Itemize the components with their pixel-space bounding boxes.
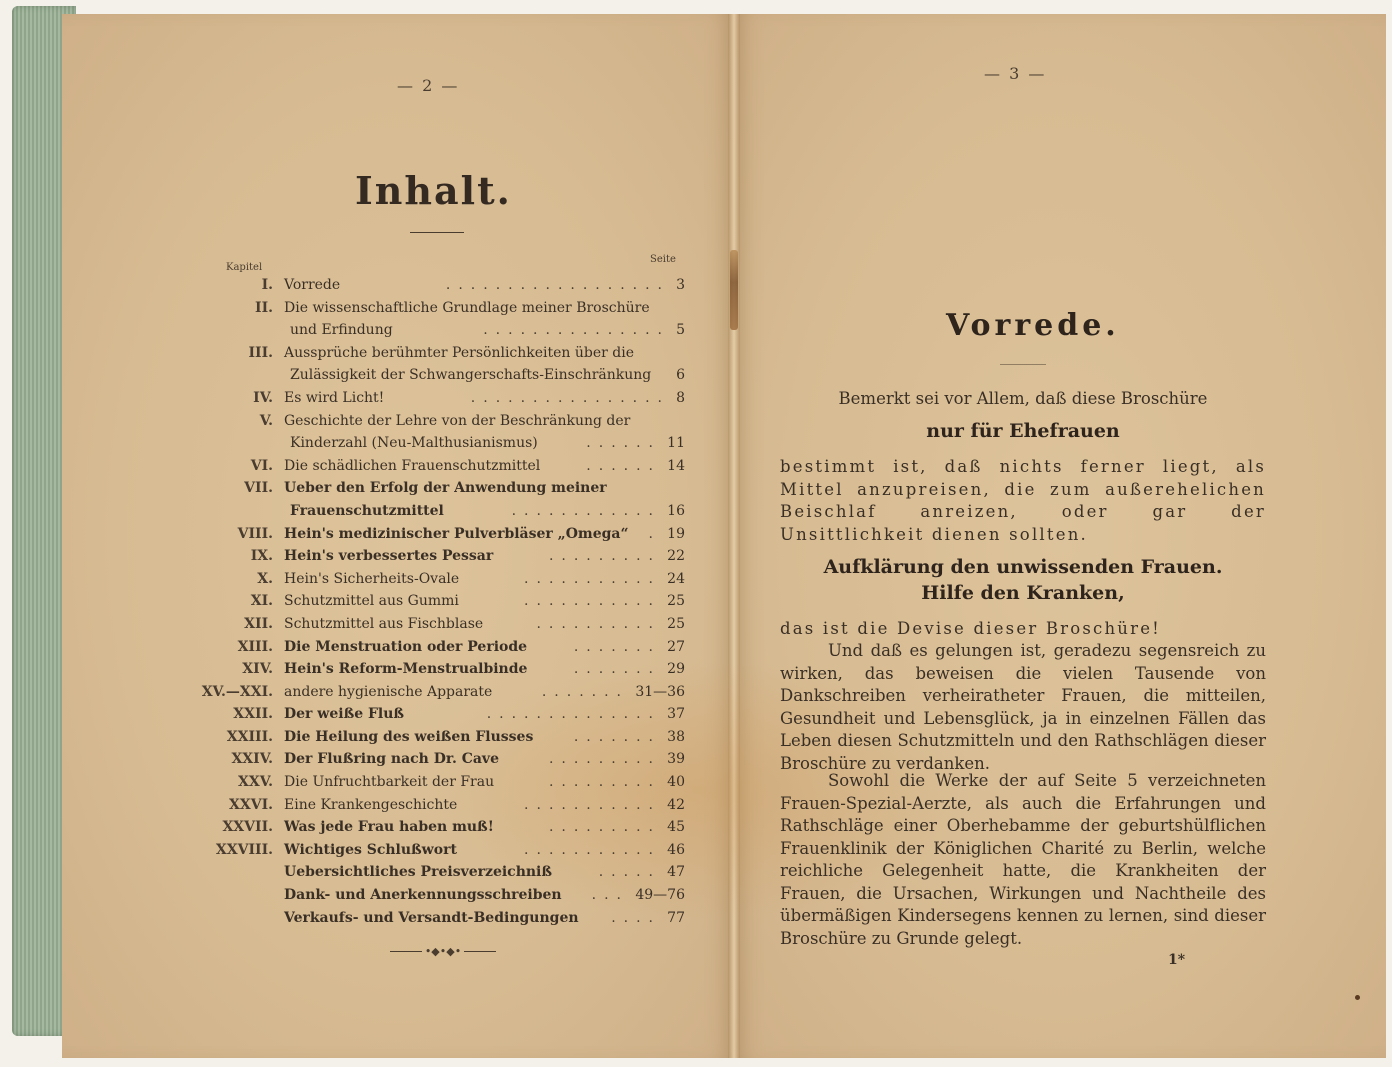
chapter-title: Die schädlichen Frauenschutzmittel <box>284 455 540 477</box>
leader-dots: . <box>649 523 661 545</box>
page-reference: 11 <box>667 432 685 454</box>
toc-row: III.Aussprüche berühmter Persönlichkeite… <box>210 342 685 365</box>
toc-row: Zulässigkeit der Schwangerschafts-Einsch… <box>210 364 685 387</box>
chapter-number: XIII. <box>238 636 273 658</box>
page-reference: 6 <box>676 364 685 386</box>
book-gutter <box>728 14 740 1058</box>
toc-column-page: Seite <box>650 254 676 265</box>
chapter-number: V. <box>260 410 273 432</box>
page-reference: 3 <box>676 274 685 296</box>
title-divider <box>410 232 464 233</box>
chapter-title: Verkaufs- und Versandt-Bedingungen <box>284 907 579 929</box>
page-number-right: — 3 — <box>984 64 1046 83</box>
toc-row: XXII.Der weiße Fluß..............37 <box>210 703 685 726</box>
chapter-title: Der Flußring nach Dr. Cave <box>284 748 499 770</box>
leader-dots: ....... <box>574 658 661 680</box>
page-reference: 45 <box>667 816 685 838</box>
leader-dots: ............ <box>512 500 661 522</box>
chapter-number: XXVI. <box>229 794 273 816</box>
leader-dots: ...... <box>586 455 661 477</box>
chapter-title: Geschichte der Lehre von der Beschränkun… <box>284 410 630 432</box>
chapter-title: Es wird Licht! <box>284 387 384 409</box>
page-reference: 19 <box>667 523 685 545</box>
toc-row: XV.—XXI.andere hygienische Apparate.....… <box>210 681 685 704</box>
chapter-number: XXVIII. <box>216 839 273 861</box>
chapter-title: Hein's medizinischer Pulverbläser „Omega… <box>284 523 629 545</box>
signature-mark: 1* <box>1168 952 1185 968</box>
toc-row: IX.Hein's verbessertes Pessar.........22 <box>210 545 685 568</box>
paragraph-4: Sowohl die Werke der auf Seite 5 verzeic… <box>780 770 1266 950</box>
toc-row: XXVI.Eine Krankengeschichte...........42 <box>210 794 685 817</box>
toc-row: XIV.Hein's Reform-Menstrualbinde.......2… <box>210 658 685 681</box>
chapter-title: Hein's verbessertes Pessar <box>284 545 493 567</box>
toc-row: XII.Schutzmittel aus Fischblase.........… <box>210 613 685 636</box>
chapter-number: XIV. <box>242 658 273 680</box>
page-reference: 22 <box>667 545 685 567</box>
toc-row: VI.Die schädlichen Frauenschutzmittel...… <box>210 455 685 478</box>
chapter-number: XII. <box>244 613 273 635</box>
page-reference: 39 <box>667 748 685 770</box>
motto-line-2: Hilfe den Kranken, <box>780 582 1266 605</box>
toc-row: Dank- und Anerkennungsschreiben...49—76 <box>210 884 685 907</box>
page-reference: 77 <box>667 907 685 929</box>
chapter-number: XI. <box>251 590 273 612</box>
chapter-title: Vorrede <box>284 274 340 296</box>
emphasis-heading: nur für Ehefrauen <box>780 420 1266 443</box>
chapter-title: und Erfindung <box>290 319 393 341</box>
toc-row: Kinderzahl (Neu-Malthusianismus)......11 <box>210 432 685 455</box>
toc-row: XI.Schutzmittel aus Gummi...........25 <box>210 590 685 613</box>
page-reference: 25 <box>667 613 685 635</box>
title-divider <box>1000 364 1046 365</box>
toc-row: XXVII.Was jede Frau haben muß!.........4… <box>210 816 685 839</box>
toc-row: und Erfindung...............5 <box>210 319 685 342</box>
leader-dots: ....... <box>574 636 661 658</box>
leader-dots: ......... <box>549 545 661 567</box>
chapter-title: Hein's Reform-Menstrualbinde <box>284 658 527 680</box>
toc-title: Inhalt. <box>355 168 512 213</box>
motto-line-1: Aufklärung den unwissenden Frauen. <box>780 556 1266 579</box>
paragraph-1: bestimmt ist, daß nichts ferner liegt, a… <box>780 456 1266 546</box>
toc-row: V.Geschichte der Lehre von der Beschränk… <box>210 410 685 433</box>
chapter-number: XXIII. <box>227 726 273 748</box>
paragraph-2: das ist die Devise dieser Broschüre! <box>780 618 1266 641</box>
chapter-number: III. <box>248 342 273 364</box>
page-reference: 5 <box>676 319 685 341</box>
chapter-number: X. <box>257 568 273 590</box>
page-reference: 42 <box>667 794 685 816</box>
chapter-title: Dank- und Anerkennungsschreiben <box>284 884 562 906</box>
ornament-divider: •◆•◆• <box>390 945 496 957</box>
page-reference: 27 <box>667 636 685 658</box>
chapter-title: Schutzmittel aus Gummi <box>284 590 459 612</box>
chapter-title: Was jede Frau haben muß! <box>284 816 494 838</box>
chapter-title: Die Heilung des weißen Flusses <box>284 726 533 748</box>
leader-dots: ...... <box>586 432 661 454</box>
toc-row: XXIV.Der Flußring nach Dr. Cave.........… <box>210 748 685 771</box>
leader-dots: .... <box>611 907 661 929</box>
chapter-title: Die wissenschaftliche Grundlage meiner B… <box>284 297 650 319</box>
toc-row: X.Hein's Sicherheits-Ovale...........24 <box>210 568 685 591</box>
chapter-number: VII. <box>244 477 273 499</box>
paragraph-3: Und daß es gelungen ist, geradezu segens… <box>780 640 1266 775</box>
chapter-number: XXVII. <box>222 816 273 838</box>
leader-dots: .......... <box>536 613 661 635</box>
chapter-title: Die Menstruation oder Periode <box>284 636 527 658</box>
toc-row: XXV.Die Unfruchtbarkeit der Frau........… <box>210 771 685 794</box>
chapter-number: IV. <box>253 387 273 409</box>
leader-dots: ........... <box>524 794 661 816</box>
page-reference: 47 <box>667 861 685 883</box>
chapter-number: VI. <box>251 455 273 477</box>
page-reference: 29 <box>667 658 685 680</box>
toc-column-chapter: Kapitel <box>226 262 262 273</box>
leader-dots: ......... <box>549 748 661 770</box>
chapter-title: Frauenschutzmittel <box>290 500 444 522</box>
page-reference: 37 <box>667 703 685 725</box>
chapter-title: Wichtiges Schlußwort <box>284 839 457 861</box>
leader-dots: ........... <box>524 568 661 590</box>
rusty-staple <box>730 250 738 330</box>
toc-row: XXVIII.Wichtiges Schlußwort...........46 <box>210 839 685 862</box>
chapter-number: XXII. <box>233 703 273 725</box>
page-reference: 38 <box>667 726 685 748</box>
leader-dots: ............... <box>483 319 670 341</box>
page-reference: 46 <box>667 839 685 861</box>
chapter-number: XV.—XXI. <box>202 681 273 703</box>
chapter-title: Vorrede. <box>946 308 1120 343</box>
table-of-contents: I.Vorrede..................3II.Die wisse… <box>210 274 685 929</box>
chapter-title: andere hygienische Apparate <box>284 681 492 703</box>
toc-row: VIII.Hein's medizinischer Pulverbläser „… <box>210 523 685 546</box>
page-reference: 49—76 <box>635 884 685 906</box>
leader-dots: .............. <box>487 703 661 725</box>
page-reference: 8 <box>676 387 685 409</box>
leader-dots: .................. <box>446 274 670 296</box>
chapter-title: Zulässigkeit der Schwangerschafts-Einsch… <box>290 364 651 386</box>
chapter-number: XXV. <box>238 771 273 793</box>
chapter-number: XXIV. <box>231 748 273 770</box>
chapter-number: VIII. <box>238 523 273 545</box>
toc-row: Frauenschutzmittel............16 <box>210 500 685 523</box>
page-number-left: — 2 — <box>397 76 459 95</box>
intro-line: Bemerkt sei vor Allem, daß diese Broschü… <box>780 388 1266 411</box>
page-reference: 40 <box>667 771 685 793</box>
chapter-title: Eine Krankengeschichte <box>284 794 457 816</box>
ornament-line <box>390 951 422 952</box>
leader-dots: ....... <box>542 681 629 703</box>
chapter-title: Schutzmittel aus Fischblase <box>284 613 483 635</box>
leader-dots: ......... <box>549 771 661 793</box>
toc-row: Verkaufs- und Versandt-Bedingungen....77 <box>210 907 685 930</box>
toc-row: Uebersichtliches Preisverzeichniß.....47 <box>210 861 685 884</box>
toc-row: I.Vorrede..................3 <box>210 274 685 297</box>
toc-row: VII.Ueber den Erfolg der Anwendung meine… <box>210 477 685 500</box>
page-reference: 24 <box>667 568 685 590</box>
leader-dots: ....... <box>574 726 661 748</box>
page-reference: 16 <box>667 500 685 522</box>
chapter-title: Die Unfruchtbarkeit der Frau <box>284 771 494 793</box>
leader-dots: ........... <box>524 839 661 861</box>
ornament-icon: •◆•◆• <box>422 945 464 958</box>
chapter-number: II. <box>255 297 273 319</box>
leader-dots: ..... <box>599 861 661 883</box>
chapter-title: Der weiße Fluß <box>284 703 404 725</box>
chapter-title: Ueber den Erfolg der Anwendung meiner <box>284 477 607 499</box>
page-reference: 25 <box>667 590 685 612</box>
toc-row: IV.Es wird Licht!................8 <box>210 387 685 410</box>
chapter-title: Aussprüche berühmter Persönlichkeiten üb… <box>284 342 634 364</box>
chapter-title: Kinderzahl (Neu-Malthusianismus) <box>290 432 538 454</box>
ink-spot <box>1355 995 1360 1000</box>
leader-dots: ........... <box>524 590 661 612</box>
toc-row: XXIII.Die Heilung des weißen Flusses....… <box>210 726 685 749</box>
chapter-number: I. <box>262 274 273 296</box>
leader-dots: ................ <box>471 387 670 409</box>
chapter-title: Uebersichtliches Preisverzeichniß <box>284 861 552 883</box>
chapter-title: Hein's Sicherheits-Ovale <box>284 568 459 590</box>
chapter-number: IX. <box>251 545 273 567</box>
toc-row: II.Die wissenschaftliche Grundlage meine… <box>210 297 685 320</box>
page-reference: 31—36 <box>635 681 685 703</box>
leader-dots: ... <box>592 884 629 906</box>
page-reference: 14 <box>667 455 685 477</box>
toc-row: XIII.Die Menstruation oder Periode......… <box>210 636 685 659</box>
ornament-line <box>464 951 496 952</box>
leader-dots: ......... <box>549 816 661 838</box>
